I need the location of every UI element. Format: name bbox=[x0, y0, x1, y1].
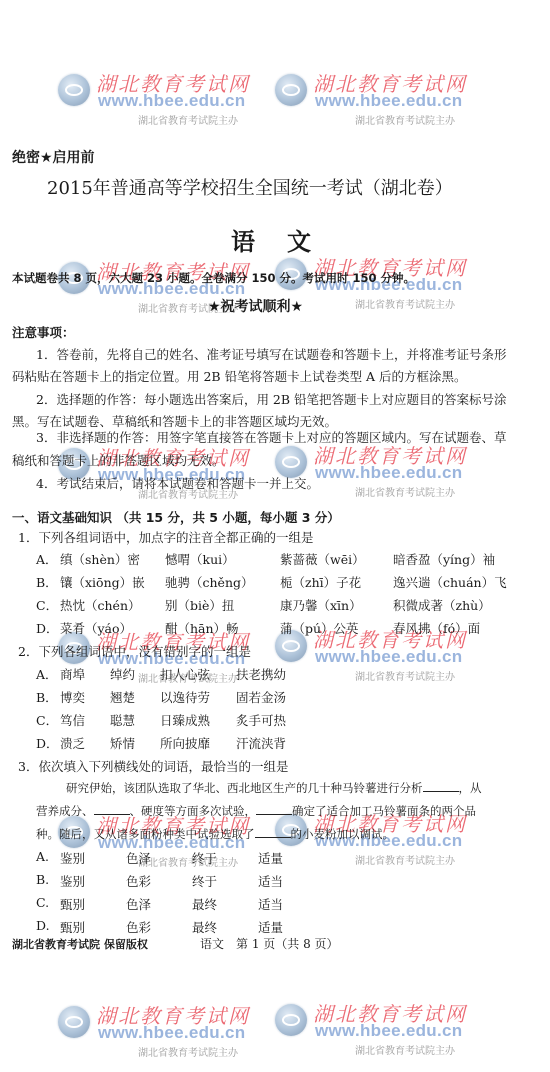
watermark: 湖北教育考试网 www.hbee.edu.cn 湖北省教育考试院主办 bbox=[275, 68, 465, 130]
option-label: D． bbox=[36, 619, 59, 637]
passage-text: 营养成分、 bbox=[36, 804, 94, 818]
watermark: 湖北教育考试网 www.hbee.edu.cn 湖北省教育考试院主办 bbox=[275, 998, 465, 1060]
subject-title: 语 文 bbox=[231, 222, 315, 257]
option-item: 色彩 bbox=[126, 872, 151, 890]
option-item: 固若金汤 bbox=[236, 688, 286, 706]
watermark-url: www.hbee.edu.cn bbox=[98, 1023, 245, 1043]
option-item: 暗香盈（yíng）袖 bbox=[393, 550, 495, 568]
watermark-sponsor: 湖北省教育考试院主办 bbox=[355, 668, 455, 683]
option-label: D． bbox=[36, 734, 59, 752]
option-item: 栀（zhī）子花 bbox=[280, 573, 361, 591]
copyright-notice: 湖北省教育考试院 保留版权 bbox=[12, 936, 148, 952]
watermark: 湖北教育考试网 www.hbee.edu.cn 湖北省教育考试院主办 bbox=[275, 440, 465, 502]
exam-title: 2015年普通高等学校招生全国统一考试（湖北卷） bbox=[47, 174, 453, 200]
watermark-sponsor: 湖北省教育考试院主办 bbox=[138, 112, 238, 127]
watermark-url: www.hbee.edu.cn bbox=[315, 1021, 462, 1041]
option-label: B. bbox=[36, 872, 49, 887]
fill-blank-2 bbox=[94, 803, 130, 815]
option-item: 鉴别 bbox=[60, 849, 85, 867]
note-line: 2．选择题的作答：每小题选出答案后，用 2B 铅笔把答题卡上对应题目的答案标号涂 bbox=[36, 390, 507, 408]
option-item: 紫蔷薇（wēi） bbox=[280, 550, 365, 568]
option-item: 驰骋（chěng） bbox=[165, 573, 254, 591]
option-label: B． bbox=[36, 573, 58, 591]
option-item: 积微成著（zhù） bbox=[393, 596, 491, 614]
passage-text: 、硬度等方面多次试验， bbox=[130, 804, 257, 818]
option-label: C． bbox=[36, 711, 58, 729]
option-item: 日臻成熟 bbox=[160, 711, 210, 729]
option-item: 博奕 bbox=[60, 688, 85, 706]
option-item: 最终 bbox=[192, 918, 217, 936]
passage-text: 种。随后，又从诸多面粉种类中试验选取了 bbox=[36, 827, 255, 841]
option-item: 适量 bbox=[258, 849, 283, 867]
option-item: 适当 bbox=[258, 872, 283, 890]
option-item: 扣人心弦 bbox=[160, 665, 210, 683]
option-item: 甄别 bbox=[60, 918, 85, 936]
watermark: 湖北教育考试网 www.hbee.edu.cn 湖北省教育考试院主办 bbox=[58, 1000, 248, 1062]
option-item: 鉴别 bbox=[60, 872, 85, 890]
option-item: 酣（hān）畅 bbox=[165, 619, 239, 637]
option-item: 镶（xiōng）嵌 bbox=[60, 573, 145, 591]
option-item: 所向披靡 bbox=[160, 734, 210, 752]
option-item: 终于 bbox=[192, 872, 217, 890]
option-item: 最终 bbox=[192, 895, 217, 913]
watermark-sponsor: 湖北省教育考试院主办 bbox=[355, 852, 455, 867]
fill-blank-1 bbox=[423, 780, 459, 792]
option-item: 适当 bbox=[258, 895, 283, 913]
watermark-sponsor: 湖北省教育考试院主办 bbox=[355, 1042, 455, 1057]
passage-text: 确定了适合加工马铃薯面条的两个品 bbox=[292, 804, 476, 818]
option-item: 春风拂（fó）面 bbox=[393, 619, 480, 637]
passage-text: ，从 bbox=[459, 781, 482, 795]
passage-text: 研究伊始，该团队选取了华北、西北地区生产的几十种马铃薯进行分析 bbox=[66, 781, 423, 795]
hbee-logo-icon bbox=[58, 1006, 90, 1038]
option-item: 色彩 bbox=[126, 918, 151, 936]
passage-line: 研究伊始，该团队选取了华北、西北地区生产的几十种马铃薯进行分析，从 bbox=[66, 780, 482, 796]
exam-summary: 本试题卷共 8 页，六大题 23 小题。全卷满分 150 分。考试用时 150 … bbox=[12, 270, 415, 286]
watermark: 湖北教育考试网 www.hbee.edu.cn 湖北省教育考试院主办 bbox=[58, 68, 248, 130]
note-line: 稿纸和答题卡上的非答题区域均无效。 bbox=[12, 451, 225, 469]
option-item: 矫情 bbox=[110, 734, 135, 752]
question-3-stem: 3．依次填入下列横线处的词语，最恰当的一组是 bbox=[18, 757, 288, 775]
watermark-sponsor: 湖北省教育考试院主办 bbox=[355, 296, 455, 311]
watermark-sponsor: 湖北省教育考试院主办 bbox=[355, 112, 455, 127]
hbee-logo-icon bbox=[58, 74, 90, 106]
fill-blank-4 bbox=[255, 826, 291, 838]
notes-heading: 注意事项： bbox=[12, 323, 75, 341]
option-item: 康乃馨（xīn） bbox=[280, 596, 362, 614]
option-item: 色泽 bbox=[126, 849, 151, 867]
passage-line: 种。随后，又从诸多面粉种类中试验选取了的小麦粉加以调试。 bbox=[36, 826, 394, 842]
option-label: A． bbox=[36, 665, 58, 683]
option-item: 翘楚 bbox=[110, 688, 135, 706]
hbee-logo-icon bbox=[275, 74, 307, 106]
option-item: 以逸待劳 bbox=[160, 688, 210, 706]
option-item: 缜（shèn）密 bbox=[60, 550, 140, 568]
watermark-url: www.hbee.edu.cn bbox=[315, 463, 462, 483]
question-2-stem: 2．下列各组词语中，没有错别字的一组是 bbox=[18, 642, 251, 660]
option-item: 憾喟（kui） bbox=[165, 550, 235, 568]
note-line: 码粘贴在答题卡上的指定位置。用 2B 铅笔将答题卡上试卷类型 A 后的方框涂黑。 bbox=[12, 367, 467, 385]
option-item: 逸兴遄（chuán）飞 bbox=[393, 573, 507, 591]
option-item: 菜肴（yáo） bbox=[60, 619, 132, 637]
option-label: C. bbox=[36, 895, 49, 910]
option-item: 笃信 bbox=[60, 711, 85, 729]
confidential-label: 绝密★启用前 bbox=[12, 147, 95, 167]
option-item: 甄别 bbox=[60, 895, 85, 913]
question-1-stem: 1．下列各组词语中，加点字的注音全都正确的一组是 bbox=[18, 528, 313, 546]
watermark-url: www.hbee.edu.cn bbox=[98, 91, 245, 111]
section-heading: 一、语文基础知识 （共 15 分，共 5 小题，每小题 3 分） bbox=[12, 508, 340, 526]
option-item: 炙手可热 bbox=[236, 711, 286, 729]
option-item: 绰约 bbox=[110, 665, 135, 683]
option-item: 商埠 bbox=[60, 665, 85, 683]
good-luck-banner: ★祝考试顺利★ bbox=[208, 296, 303, 316]
option-item: 终于 bbox=[192, 849, 217, 867]
option-label: C． bbox=[36, 596, 58, 614]
option-item: 蒲（pú）公英 bbox=[280, 619, 359, 637]
passage-text: 的小麦粉加以调试。 bbox=[291, 827, 395, 841]
option-label: D. bbox=[36, 918, 50, 933]
option-item: 别（biè）扭 bbox=[165, 596, 234, 614]
note-line: 1．答卷前，先将自己的姓名、准考证号填写在试题卷和答题卡上，并将准考证号条形 bbox=[36, 345, 506, 363]
passage-line: 营养成分、、硬度等方面多次试验，确定了适合加工马铃薯面条的两个品 bbox=[36, 803, 476, 819]
watermark-sponsor: 湖北省教育考试院主办 bbox=[355, 484, 455, 499]
option-item: 聪慧 bbox=[110, 711, 135, 729]
fill-blank-3 bbox=[256, 803, 292, 815]
page-number: 语文 第 1 页（共 8 页） bbox=[200, 935, 339, 952]
option-item: 热忱（chén） bbox=[60, 596, 141, 614]
watermark-url: www.hbee.edu.cn bbox=[315, 647, 462, 667]
note-line: 3．非选择题的作答：用签字笔直接答在答题卡上对应的答题区域内。写在试题卷、草 bbox=[36, 428, 506, 446]
option-item: 色泽 bbox=[126, 895, 151, 913]
option-label: A． bbox=[36, 550, 58, 568]
option-item: 汗流浃背 bbox=[236, 734, 286, 752]
option-label: B． bbox=[36, 688, 58, 706]
option-item: 扶老携幼 bbox=[236, 665, 286, 683]
watermark-url: www.hbee.edu.cn bbox=[315, 91, 462, 111]
watermark-sponsor: 湖北省教育考试院主办 bbox=[138, 854, 238, 869]
option-item: 适量 bbox=[258, 918, 283, 936]
option-label: A. bbox=[36, 849, 49, 864]
option-item: 溃乏 bbox=[60, 734, 85, 752]
watermark-sponsor: 湖北省教育考试院主办 bbox=[138, 1044, 238, 1059]
hbee-logo-icon bbox=[275, 1004, 307, 1036]
note-line: 4．考试结束后，请将本试题卷和答题卡一并上交。 bbox=[36, 474, 319, 492]
